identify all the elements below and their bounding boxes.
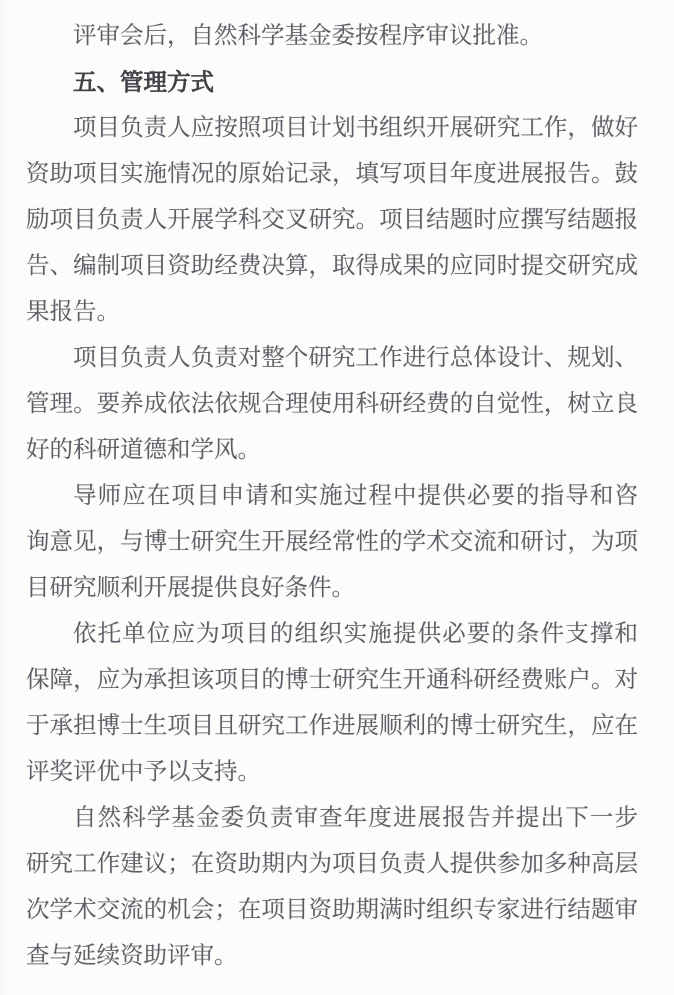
document-line: 自然科学基金委负责审查年度进展报告并提出下一步: [26, 795, 638, 841]
document-line: 研究工作建议；在资助期内为项目负责人提供参加多种高层: [26, 841, 638, 887]
document-line: 于承担博士生项目且研究工作进展顺利的博士研究生，应在: [26, 703, 638, 749]
document-line: 评奖评优中予以支持。: [26, 749, 638, 795]
document-line: 告、编制项目资助经费决算，取得成果的应同时提交研究成: [26, 243, 638, 289]
document-line: 励项目负责人开展学科交叉研究。项目结题时应撰写结题报: [26, 197, 638, 243]
document-line: 询意见，与博士研究生开展经常性的学术交流和研讨，为项: [26, 519, 638, 565]
document-line: 依托单位应为项目的组织实施提供必要的条件支撑和: [26, 611, 638, 657]
document-text-block: 评审会后，自然科学基金委按程序审议批准。 五、管理方式 项目负责人应按照项目计划…: [0, 0, 674, 979]
document-line: 项目负责人应按照项目计划书组织开展研究工作，做好: [26, 105, 638, 151]
document-line: 好的科研道德和学风。: [26, 427, 638, 473]
document-line: 查与延续资助评审。: [26, 933, 638, 979]
document-line: 项目负责人负责对整个研究工作进行总体设计、规划、: [26, 335, 638, 381]
document-line: 管理。要养成依法依规合理使用科研经费的自觉性，树立良: [26, 381, 638, 427]
document-line: 次学术交流的机会；在项目资助期满时组织专家进行结题审: [26, 887, 638, 933]
document-line: 果报告。: [26, 289, 638, 335]
document-page: 评审会后，自然科学基金委按程序审议批准。 五、管理方式 项目负责人应按照项目计划…: [0, 0, 674, 995]
document-line: 评审会后，自然科学基金委按程序审议批准。: [26, 13, 638, 59]
document-line: 导师应在项目申请和实施过程中提供必要的指导和咨: [26, 473, 638, 519]
document-line: 资助项目实施情况的原始记录，填写项目年度进展报告。鼓: [26, 151, 638, 197]
section-heading: 五、管理方式: [26, 59, 638, 105]
document-line: 目研究顺利开展提供良好条件。: [26, 565, 638, 611]
document-line: 保障，应为承担该项目的博士研究生开通科研经费账户。对: [26, 657, 638, 703]
